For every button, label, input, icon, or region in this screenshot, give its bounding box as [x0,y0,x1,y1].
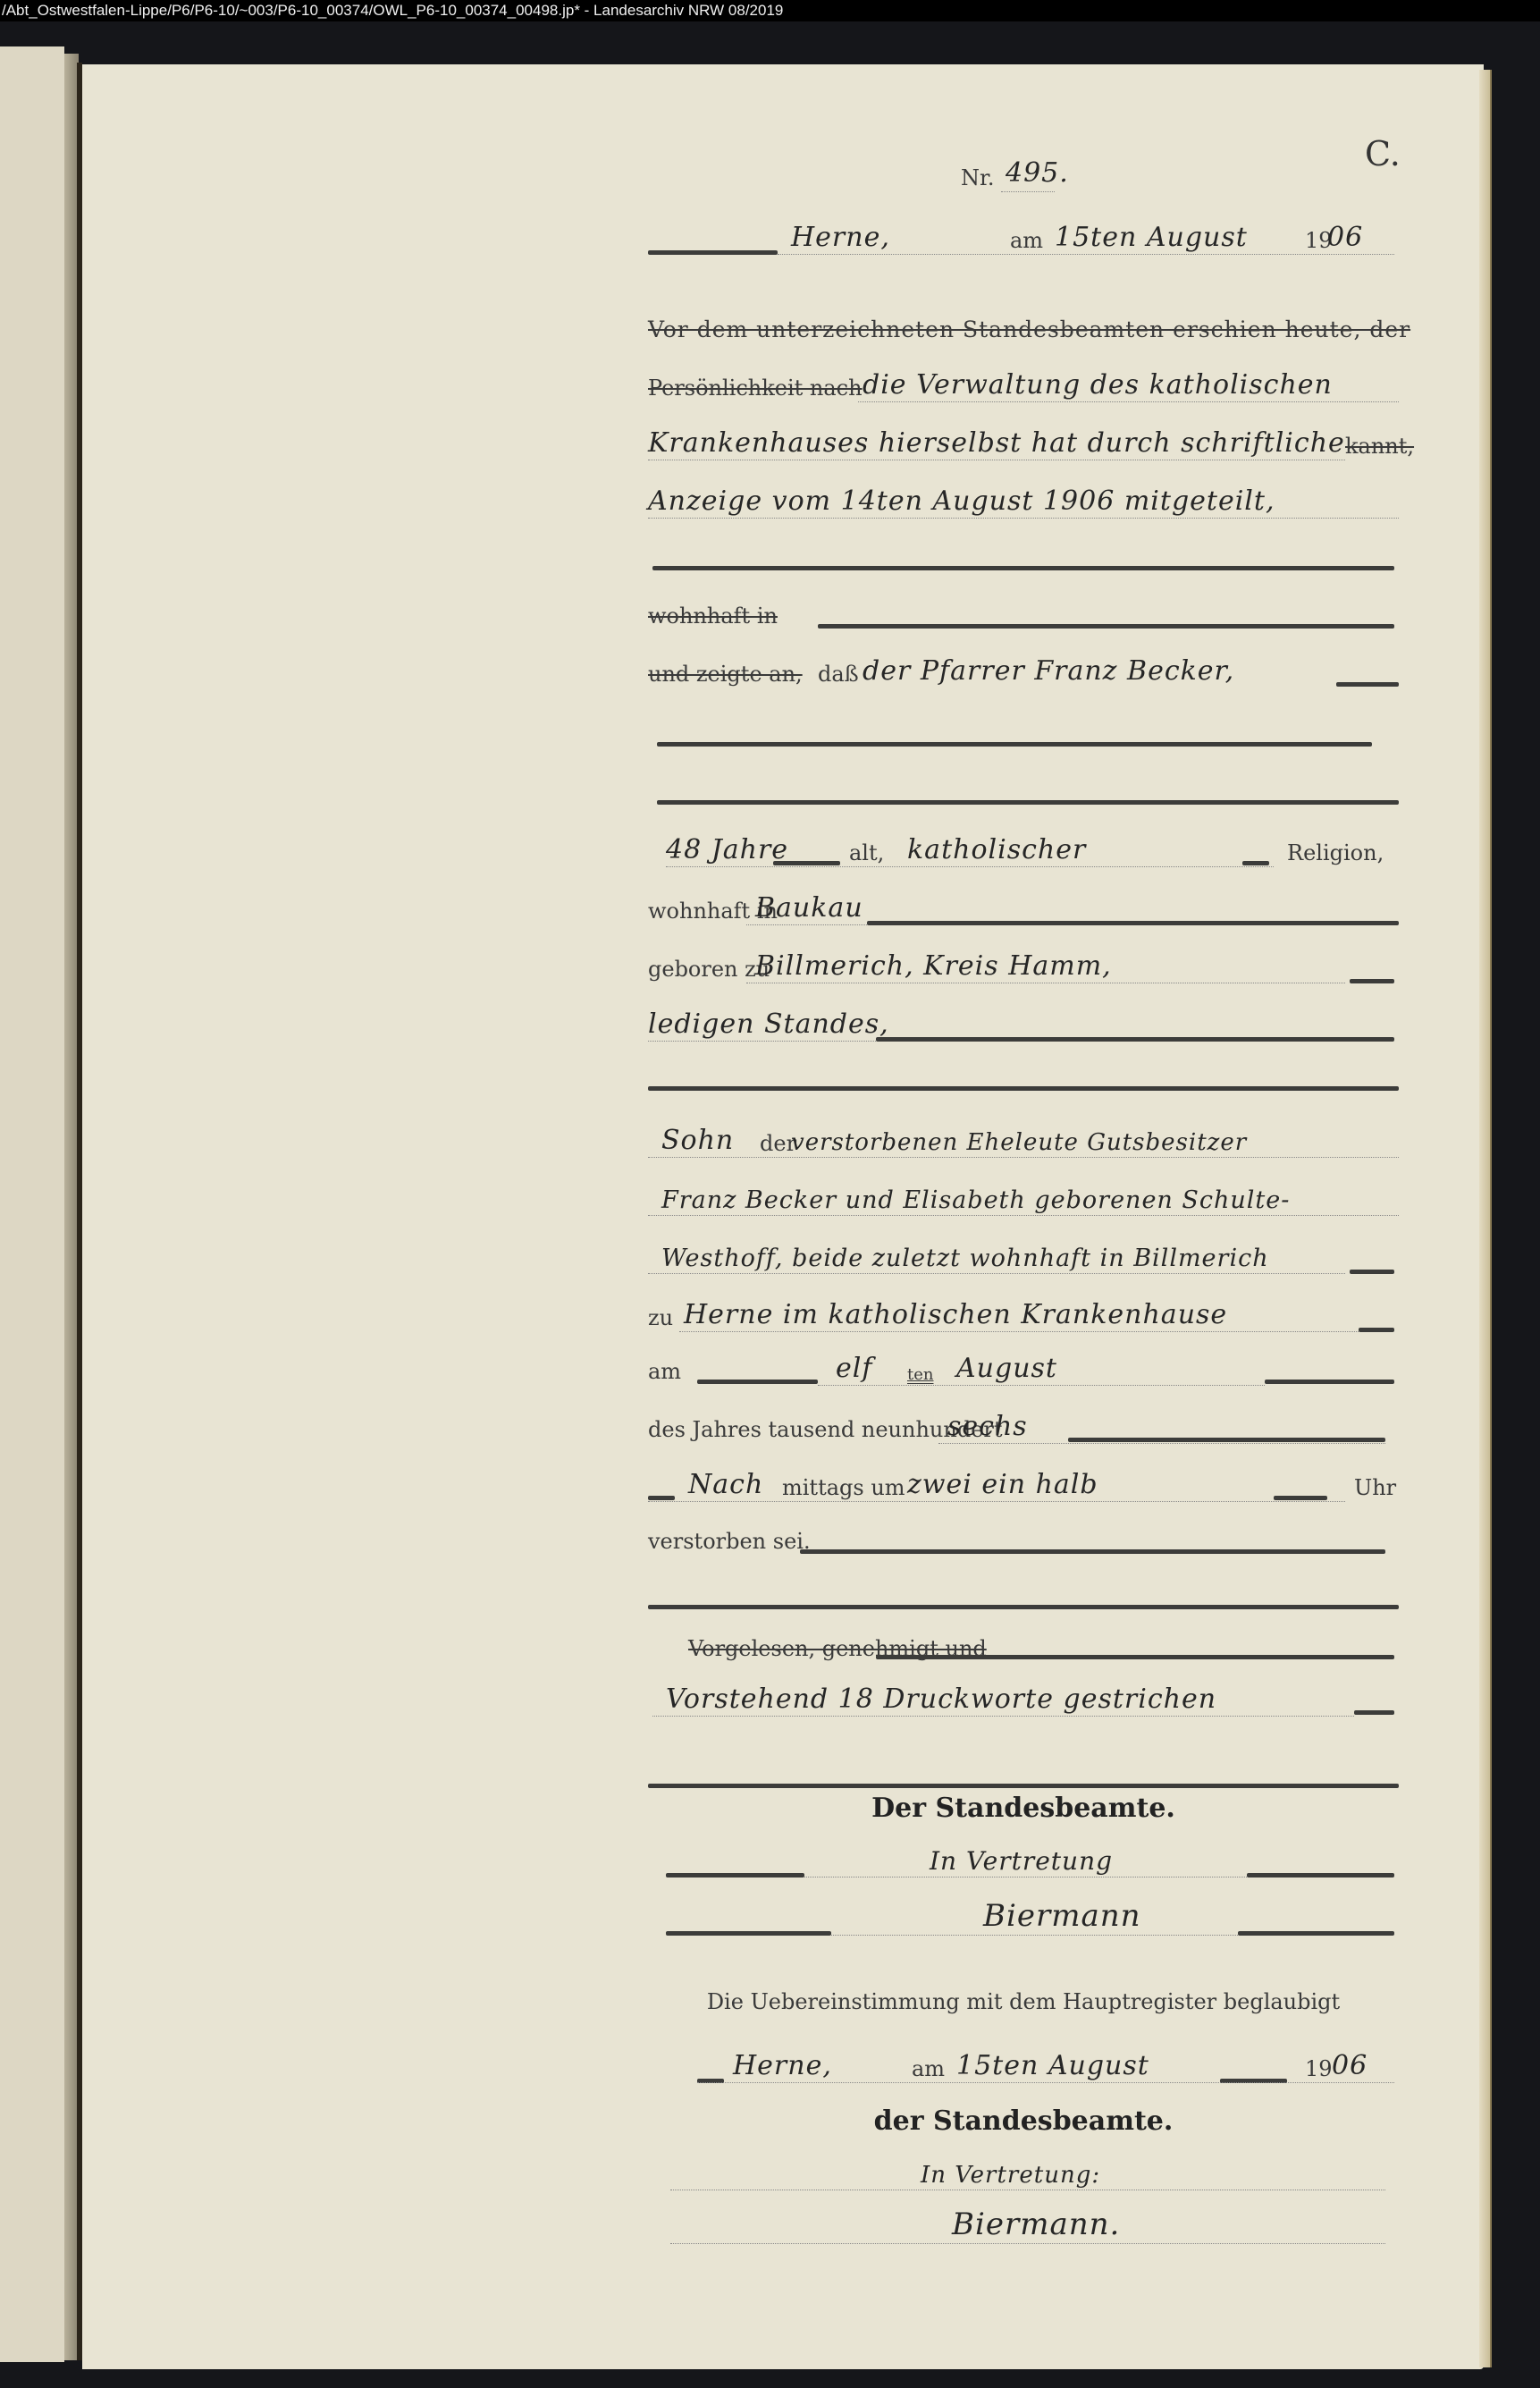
dotted-line [648,1273,1345,1274]
fill-bar [666,1931,831,1936]
informant-row-3: Anzeige vom 14ten August 1906 mitgeteilt… [648,474,1399,527]
cert-official-title: der Standesbeamte. [648,2105,1399,2137]
official-title: Der Standesbeamte. [648,1793,1399,1824]
death-year-value: sechs [947,1411,1028,1442]
year-suffix: 06 [1327,222,1363,253]
nr-value: 495. [1006,157,1069,189]
fill-bar [1265,1380,1394,1384]
ten-label: ten [907,1365,933,1384]
window-title: /Abt_Ostwestfalen-Lippe/P6/P6-10/~003/P6… [2,2,783,19]
struck-wohnhaft: wohnhaft in [648,603,778,629]
fill-bar [867,921,1399,925]
blank-row [648,760,1399,814]
blank-row [648,1565,1399,1618]
dotted-line [858,401,1399,402]
record-number-row: Nr. 495. [648,148,1399,201]
dotted-line [648,518,1399,519]
cert-date: 15ten August [956,2050,1149,2081]
dotted-line [804,1877,1247,1877]
fill-bar [657,742,1372,747]
blank-row [648,1037,1399,1091]
fill-bar [1336,682,1399,687]
official-vertretung: In Vertretung [930,1846,1113,1876]
dotted-line [648,1157,1399,1158]
deceased-name: der Pfarrer Franz Becker, [863,655,1234,687]
death-year-row: des Jahres tausend neunhundert sechs [648,1399,1399,1453]
fill-bar [648,250,778,255]
age-religion-row: 48 Jahre alt, katholischer Religion, [648,823,1399,876]
fill-bar [1350,979,1394,983]
mittags-prefix-value: Nach [688,1469,763,1500]
header-place: Herne, [791,222,890,253]
death-day-value: elf [836,1353,872,1384]
religion-label: Religion, [1287,840,1384,865]
am-label: am [1010,228,1043,253]
struck-und-zeigte-an: und zeigte an, [648,662,803,687]
blank-row [648,527,1399,581]
dotted-line [1001,191,1055,192]
birthplace-value: Billmerich, Kreis Hamm, [755,950,1112,982]
death-time-value: zwei ein halb [907,1469,1098,1500]
dotted-line [679,1331,1359,1332]
death-time-row: Nach mittags um zwei ein halb Uhr [648,1457,1399,1511]
dotted-line [648,1215,1399,1216]
note-row: Vorstehend 18 Druckworte gestrichen [648,1672,1399,1726]
blank-row [648,1734,1399,1788]
cert-year-suffix: 06 [1332,2050,1367,2081]
informant-line-3: Anzeige vom 14ten August 1906 mitgeteilt… [648,485,1275,517]
residence-row: wohnhaft in Baukau [648,881,1399,934]
parents-line-3: Westhoff, beide zuletzt wohnhaft in Bill… [661,1245,1269,1272]
informant-row-2: Krankenhauses hierselbst hat durch schri… [648,416,1399,469]
blank-row [648,702,1399,755]
death-month-value: August [956,1353,1057,1384]
informant-line-1: die Verwaltung des katholischen [863,369,1333,401]
fill-bar [1359,1328,1394,1332]
fill-bar [1068,1438,1385,1442]
header-date: 15ten August [1055,222,1248,253]
struck-intro: Vor dem unterzeichneten Standesbeamten e… [648,316,1410,342]
parents-row-2: Franz Becker und Elisabeth geborenen Sch… [648,1171,1399,1225]
parents-line-2: Franz Becker und Elisabeth geborenen Sch… [661,1186,1290,1214]
struck-kannt: kannt, [1345,434,1414,459]
certification-text: Die Uebereinstimmung mit dem Hauptregist… [648,1989,1399,2014]
fill-bar [648,1086,1399,1091]
official-vertretung-row: In Vertretung [648,1833,1399,1886]
dotted-line [648,1501,1345,1502]
nr-label: Nr. [961,165,994,190]
fill-bar [1242,861,1269,865]
verstorben-label: verstorben sei. [648,1529,811,1554]
dass-label: daß [818,662,859,687]
dotted-line [818,1385,1265,1386]
dotted-line [938,1443,1385,1444]
window-title-bar: /Abt_Ostwestfalen-Lippe/P6/P6-10/~003/P6… [0,0,1540,21]
intro-row: Vor dem unterzeichneten Standesbeamten e… [648,300,1399,353]
fill-bar [657,800,1399,805]
fill-bar [818,624,1394,629]
death-place-value: Herne im katholischen Krankenhause [684,1299,1227,1330]
fill-bar [773,861,840,865]
birthplace-row: geboren zu Billmerich, Kreis Hamm, [648,939,1399,992]
religion-value: katholischer [907,834,1086,865]
geboren-label: geboren zu [648,957,770,982]
struck-wohnhaft-row: wohnhaft in [648,586,1399,639]
dotted-line [697,2082,1394,2083]
sohn-value: Sohn [661,1125,734,1156]
alt-label: alt, [849,840,884,865]
fill-bar [648,1784,1399,1788]
dotted-line [670,2190,1385,2190]
dotted-line [666,866,1274,867]
official-signature: Biermann [983,1898,1141,1934]
fill-bar [1354,1710,1394,1715]
mittags-label: mittags um [782,1475,905,1500]
dotted-line [648,460,1345,460]
cert-signature-row: Biermann. [648,2199,1399,2253]
dotted-line [670,2243,1385,2244]
dotted-line [746,924,867,925]
parents-line-1: verstorbenen Eheleute Gutsbesitzer [791,1129,1247,1156]
dotted-line [831,1935,1238,1936]
uhr-label: Uhr [1354,1475,1396,1500]
age-value: 48 Jahre [666,834,788,865]
status-value: ledigen Standes, [648,1008,889,1040]
official-signature-row: Biermann [648,1891,1399,1945]
informant-line-2: Krankenhauses hierselbst hat durch schri… [648,427,1345,459]
cert-signature: Biermann. [952,2207,1120,2242]
header-place-date-row: Herne, am 15ten August 19 06 [648,210,1399,264]
note-value: Vorstehend 18 Druckworte gestrichen [666,1683,1216,1715]
cert-vertretung: In Vertretung: [921,2162,1100,2189]
fill-bar [648,1605,1399,1609]
dotted-line [652,1716,1354,1717]
deceased-name-row: und zeigte an, daß der Pfarrer Franz Bec… [648,644,1399,697]
death-place-row: zu Herne im katholischen Krankenhause [648,1287,1399,1341]
parents-row-3: Westhoff, beide zuletzt wohnhaft in Bill… [648,1229,1399,1283]
cert-place: Herne, [733,2050,832,2081]
fill-bar [1274,1496,1327,1500]
fill-bar [666,1873,804,1877]
fill-bar [697,1380,818,1384]
informant-row-1: Persönlichkeit nach die Verwaltung des k… [648,358,1399,411]
dotted-line [746,983,1345,983]
cert-vertretung-row: In Vertretung: [648,2146,1399,2199]
fill-bar [1238,1931,1394,1936]
fill-bar [1350,1270,1394,1274]
parents-row-1: Sohn der verstorbenen Eheleute Gutsbesit… [648,1113,1399,1167]
zu-label: zu [648,1305,673,1330]
cert-am: am [912,2056,945,2081]
residence-value: Baukau [755,892,863,924]
verstorben-row: verstorben sei. [648,1511,1399,1565]
am-label-death: am [648,1359,681,1384]
vorgelesen-row: Vorgelesen, genehmigt und [648,1618,1399,1672]
cert-place-date-row: Herne, am 15ten August 19 06 [648,2038,1399,2092]
cert-year-prefix: 19 [1305,2056,1333,2081]
fill-bar [648,1496,675,1500]
fill-bar [876,1655,1394,1659]
fill-bar [1247,1873,1394,1877]
fill-bar [800,1549,1385,1554]
fill-bar [652,566,1394,570]
dotted-line [778,254,1394,255]
left-page [0,46,64,2362]
page-stack-edge [1479,70,1492,2367]
death-date-row: am elf ten August [648,1341,1399,1395]
struck-persoenlichkeit: Persönlichkeit nach [648,375,863,401]
